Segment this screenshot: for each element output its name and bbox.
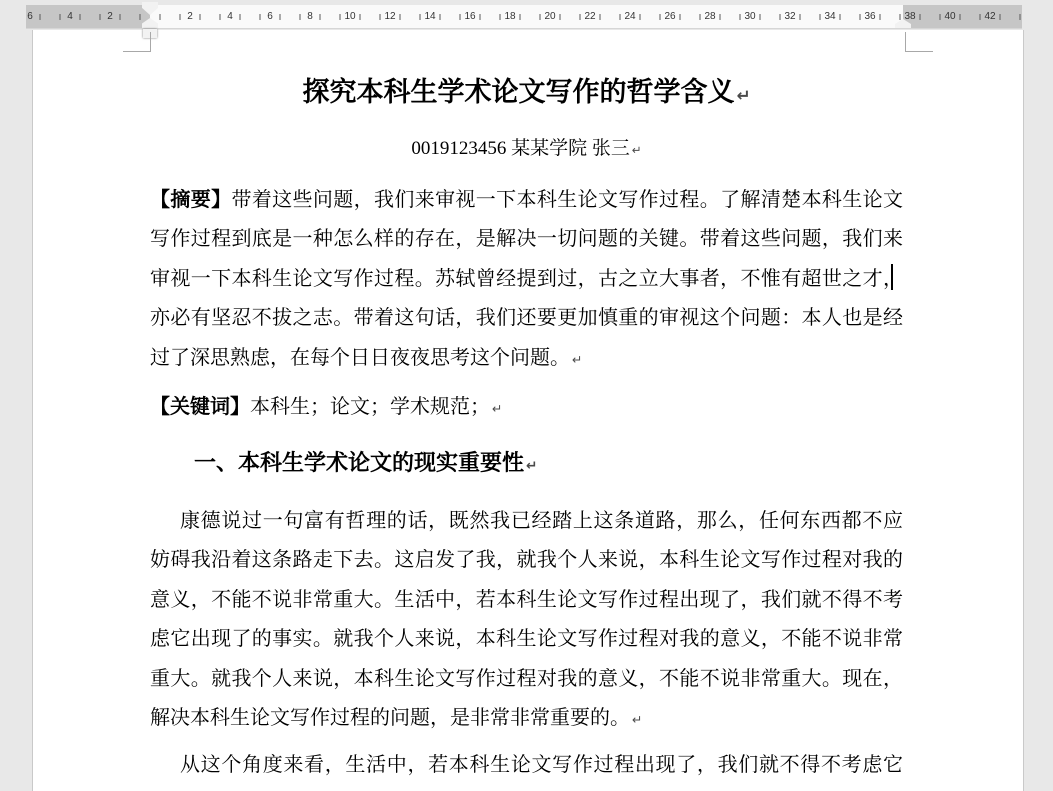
text-line[interactable]: 从这个角度来看，生活中，若本科生论文写作过程出现了，我们就不得不考虑它: [150, 746, 903, 785]
paragraph-mark-icon: ↵: [524, 458, 537, 474]
text-line[interactable]: 写作过程到底是一种怎么样的存在，是解决一切问题的关键。带着这些问题，我们来: [150, 220, 903, 259]
section-heading-1[interactable]: 一、本科生学术论文的现实重要性↵: [150, 443, 903, 486]
text-line[interactable]: 过了深思熟虑，在每个日日夜夜思考这个问题。↵: [150, 339, 903, 379]
abstract-label: 【摘要】: [150, 189, 231, 211]
paragraph-mark-icon: ↵: [630, 143, 642, 157]
paragraph-mark-icon: ↵: [630, 712, 642, 727]
author-text: 0019123456 某某学院 张三: [411, 138, 630, 159]
horizontal-ruler[interactable]: 6422468101214161820222426283032343638404…: [26, 5, 1022, 29]
paragraph-mark-icon: ↵: [490, 401, 502, 416]
ruler-right-margin-band: [903, 5, 1022, 28]
keywords-label: 【关键词】: [150, 396, 250, 418]
paragraph-mark-icon: ↵: [734, 85, 750, 105]
text-line[interactable]: 重大。就我个人来说，本科生论文写作过程对我的意义，不能不说非常重大。现在，: [150, 660, 903, 699]
title-text: 探究本科生学术论文写作的哲学含义: [302, 77, 734, 107]
text-line[interactable]: 虑它出现了的事实。就我个人来说，本科生论文写作过程对我的意义，不能不说非常: [150, 620, 903, 659]
author-line[interactable]: 0019123456 某某学院 张三↵: [150, 132, 903, 166]
text-boundary-mark-top-right-h: [905, 51, 933, 52]
text-line[interactable]: 【摘要】带着这些问题，我们来审视一下本科生论文写作过程。了解清楚本科生论文: [150, 181, 903, 220]
text-boundary-mark-top-left-h: [123, 51, 151, 52]
text-caret: [891, 264, 893, 290]
body-paragraph-2[interactable]: 从这个角度来看，生活中，若本科生论文写作过程出现了，我们就不得不考虑它: [150, 746, 903, 785]
text-line[interactable]: 意义，不能不说非常重大。生活中，若本科生论文写作过程出现了，我们就不得不考: [150, 581, 903, 620]
document-title[interactable]: 探究本科生学术论文写作的哲学含义↵: [150, 70, 903, 114]
body-paragraph-1[interactable]: 康德说过一句富有哲理的话，既然我已经踏上这条道路，那么，任何东西都不应 妨碍我沿…: [150, 502, 903, 739]
text-line[interactable]: 妨碍我沿着这条路走下去。这启发了我，就我个人来说，本科生论文写作过程对我的: [150, 541, 903, 580]
keywords-line[interactable]: 【关键词】本科生；论文；学术规范；↵: [150, 388, 903, 428]
paragraph-mark-icon: ↵: [570, 352, 582, 367]
text-line[interactable]: 康德说过一句富有哲理的话，既然我已经踏上这条道路，那么，任何东西都不应: [150, 502, 903, 541]
abstract-paragraph[interactable]: 【摘要】带着这些问题，我们来审视一下本科生论文写作过程。了解清楚本科生论文 写作…: [150, 181, 903, 379]
text-boundary-mark-top-right-v: [905, 32, 906, 52]
ruler-left-margin-band: [26, 5, 150, 28]
text-boundary-mark-top-left-v: [150, 32, 151, 52]
text-line[interactable]: 亦必有坚忍不拔之志。带着这句话，我们还要更加慎重的审视这个问题：本人也是经: [150, 299, 903, 338]
text-line[interactable]: 解决本科生论文写作过程的问题，是非常非常重要的。↵: [150, 699, 903, 739]
heading-text: 一、本科生学术论文的现实重要性: [194, 450, 524, 475]
text-line[interactable]: 审视一下本科生论文写作过程。苏轼曾经提到过，古之立大事者，不惟有超世之才，: [150, 260, 903, 299]
